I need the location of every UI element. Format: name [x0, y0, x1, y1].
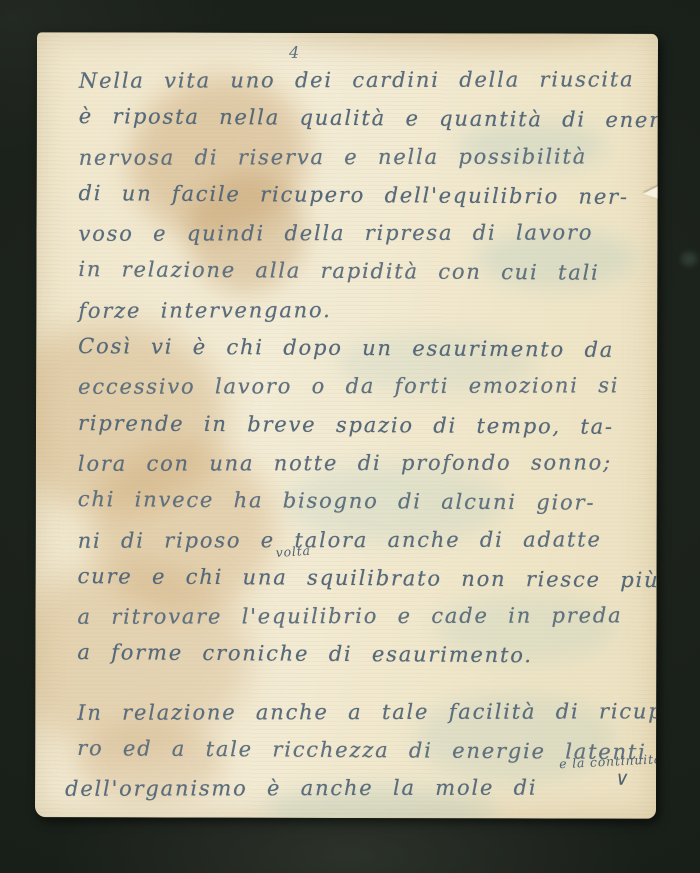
photo-background: 4 Nella vita uno dei cardini della riusc…: [0, 0, 700, 873]
handwriting-line: eccessivo lavoro o da forti emozioni si: [78, 366, 647, 406]
letter-page: 4 Nella vita uno dei cardini della riusc…: [35, 32, 658, 819]
handwriting-line: Così vi è chi dopo un esaurimento da: [78, 326, 647, 368]
handwriting-line: a ritrovare l'equilibrio e cade in preda: [77, 595, 646, 635]
handwriting-line: voso e quindi della ripresa di lavoro: [78, 212, 647, 252]
paper-stain: [287, 32, 617, 54]
handwriting-line: chi invece ha bisogno di alcuni gior-: [78, 479, 647, 521]
handwriting-line: nervosa di riserva e nella possibilità: [79, 136, 648, 176]
handwriting-line: è riposta nella qualità e quantità di en…: [79, 96, 648, 138]
handwriting-line: lora con una notte di profondo sonno;: [78, 442, 647, 482]
handwriting-line: Nella vita uno dei cardini della riuscit…: [79, 59, 648, 99]
handwriting-line: riprende in breve spazio di tempo, ta-: [78, 403, 647, 445]
handwriting-line: di un facile ricupero dell'equilibrio ne…: [78, 173, 647, 215]
background-smudge: [681, 252, 697, 266]
handwriting-line: forze intervengano.: [78, 289, 647, 329]
handwriting-line: dell'organismo è anche la mole di: [65, 768, 646, 808]
handwriting-line: cure e chi una squilibrato non riesce pi…: [77, 556, 646, 598]
letter-body: Nella vita uno dei cardini della riuscit…: [77, 59, 648, 807]
handwriting-line: a forme croniche di esaurimento.: [77, 633, 646, 675]
insertion-note-volta: volta: [275, 543, 311, 560]
handwriting-line: In relazione anche a tale facilità di ri…: [77, 691, 646, 731]
handwriting-line: ni di riposo e talora anche di adatte: [78, 519, 647, 559]
handwriting-line: in relazione alla rapidità con cui tali: [78, 250, 647, 292]
